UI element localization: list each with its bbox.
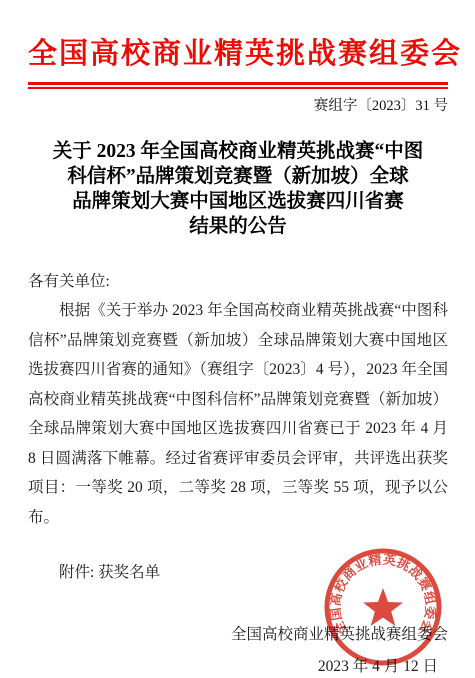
document-number: 赛组字〔2023〕31 号 [28, 97, 448, 115]
document-body: 各有关单位: 根据《关于举办 2023 年全国高校商业精英挑战赛“中图科信杯”品… [28, 267, 448, 588]
document-page: 全国高校商业精英挑战赛组委会 赛组字〔2023〕31 号 关于 2023 年全国… [0, 0, 475, 678]
signature-date: 2023 年 4 月 12 日 [28, 652, 448, 678]
document-title-line-3: 品牌策划大赛中国地区选拔赛四川省赛 [28, 189, 448, 214]
closing-block: 全国高校商业精英挑战赛组委会 2023 年 4 月 12 日 [28, 620, 448, 678]
document-title-line-4: 结果的公告 [28, 214, 448, 239]
attachment-line: 附件: 获奖名单 [28, 558, 448, 588]
letterhead-divider [28, 82, 448, 89]
divider-thin-line [28, 87, 448, 89]
document-title-line-1: 关于 2023 年全国高校商业精英挑战赛“中图 [28, 139, 448, 164]
document-title-line-2: 科信杯”品牌策划竞赛暨（新加坡）全球 [28, 164, 448, 189]
body-paragraph: 根据《关于举办 2023 年全国高校商业精英挑战赛“中图科信杯”品牌策划竞赛暨（… [28, 296, 448, 532]
letterhead-org-title: 全国高校商业精英挑战赛组委会 [28, 38, 448, 70]
document-title: 关于 2023 年全国高校商业精英挑战赛“中图 科信杯”品牌策划竞赛暨（新加坡）… [28, 139, 448, 239]
signature-organization: 全国高校商业精英挑战赛组委会 [28, 620, 448, 650]
salutation: 各有关单位: [28, 267, 448, 297]
